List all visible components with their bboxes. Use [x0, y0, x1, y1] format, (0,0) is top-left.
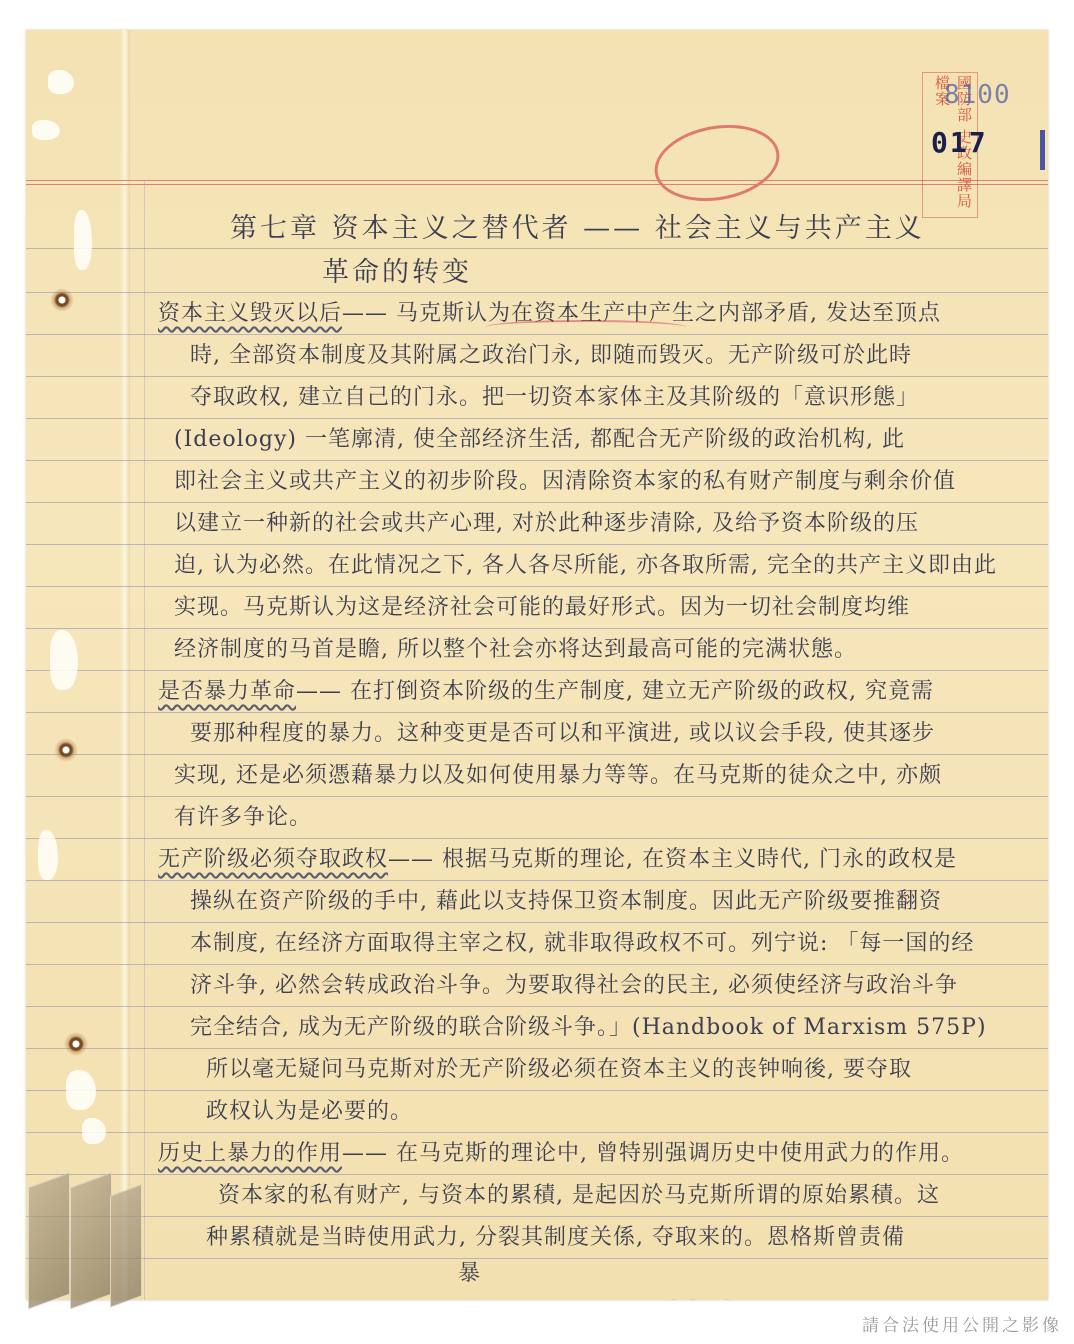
body-line: 操纵在资产阶级的手中, 藉此以支持保卫资本制度。因此无产阶级要推翻资 [190, 884, 942, 915]
body-line: 即社会主义或共产主义的初步阶段。因清除资本家的私有财产制度与剩余价值 [174, 464, 956, 495]
bleed-through-page-number: 0250 [664, 1292, 736, 1300]
paper-tear [48, 70, 74, 94]
section-heading: 资本主义毁灭以后 [158, 301, 342, 326]
ruled-line [26, 418, 1048, 419]
ruled-line [26, 796, 1048, 797]
ruled-line [26, 880, 1048, 881]
ruled-line [26, 502, 1048, 503]
logo-book-shape [70, 1172, 112, 1309]
logo-book-shape [28, 1172, 70, 1309]
body-line: 以建立一种新的社会或共产心理, 对於此种逐步清除, 及给予资本阶级的压 [174, 506, 919, 537]
ruled-line [26, 964, 1048, 965]
stamp-serial-number: 017 [931, 126, 988, 159]
ruled-line [26, 1132, 1048, 1133]
body-line: 种累積就是当時使用武力, 分裂其制度关係, 夺取来的。恩格斯曾责備 [206, 1220, 905, 1251]
body-line: 经济制度的马首是瞻, 所以整个社会亦将达到最高可能的完满状態。 [174, 632, 857, 663]
section-heading: 无产阶级必须夺取政权 [158, 847, 388, 872]
section-heading: 是否暴力革命 [158, 679, 296, 704]
insertion-note: 暴 [458, 1256, 480, 1287]
body-line: 要那种程度的暴力。这种变更是否可以和平演进, 或以议会手段, 使其逐步 [190, 716, 935, 747]
body-line: 所以毫无疑问马克斯对於无产阶级必须在资本主义的丧钟响後, 要夺取 [206, 1052, 912, 1083]
document-page: 國防部 史政編譯局 檔案 8100 017 第七章 资本主义之替代者 —— 社会… [26, 30, 1048, 1300]
logo-book-shape [110, 1184, 142, 1308]
body-line: 实现。马克斯认为这是经济社会可能的最好形式。因为一切社会制度均维 [174, 590, 910, 621]
punch-hole [54, 738, 78, 762]
chapter-subtitle: 革命的转变 [322, 250, 472, 289]
ruled-line [26, 922, 1048, 923]
ruled-line [26, 1258, 1048, 1259]
body-line: 济斗争, 必然会转成政治斗争。为要取得社会的民主, 必须使经济与政治斗争 [190, 968, 958, 999]
ruled-line [26, 586, 1048, 587]
handwritten-page-number: 0011 [536, 1295, 592, 1300]
ruled-line [26, 628, 1048, 629]
paper-tear [66, 1070, 96, 1110]
red-pencil-oval [649, 116, 786, 211]
body-line: 政权认为是必要的。 [206, 1094, 413, 1125]
ruled-line [26, 1048, 1048, 1049]
usage-watermark: 請合法使用公開之影像 [862, 1311, 1062, 1336]
ruled-line [26, 1216, 1048, 1217]
body-line: 本制度, 在经济方面取得主宰之权, 就非取得政权不可。列宁说: 「每一国的经 [190, 926, 974, 957]
ruled-line [26, 460, 1048, 461]
ruled-line [26, 544, 1048, 545]
stamp-top-number: 8100 [944, 80, 1011, 110]
section-block: 历史上暴力的作用—— 在马克斯的理论中, 曾特别强调历史中使用武力的作用。 [158, 1136, 964, 1167]
body-line: —— 在马克斯的理论中, 曾特别强调历史中使用武力的作用。 [342, 1141, 964, 1166]
body-line: 夺取政权, 建立自己的门永。把一切资本家体主及其阶级的「意识形態」 [190, 380, 919, 411]
ruled-line [26, 1090, 1048, 1091]
ruled-line [26, 754, 1048, 755]
ruled-line [26, 670, 1048, 671]
paper-tear [82, 1118, 106, 1144]
body-line: —— 在打倒资本阶级的生产制度, 建立无产阶级的政权, 究竟需 [296, 679, 934, 704]
body-line: 迫, 认为必然。在此情况之下, 各人各尽所能, 亦各取所需, 完全的共产主义即由… [174, 548, 997, 579]
body-line: 完全结合, 成为无产阶级的联合阶级斗争。」(Handbook of Marxis… [190, 1010, 987, 1041]
punch-hole [64, 1032, 88, 1056]
ruled-line [26, 1006, 1048, 1007]
section-heading: 历史上暴力的作用 [158, 1141, 342, 1166]
body-line: 实现, 还是必须憑藉暴力以及如何使用暴力等等。在马克斯的徒众之中, 亦颇 [174, 758, 942, 789]
ruled-line [26, 1174, 1048, 1175]
ruled-line [26, 376, 1048, 377]
paper-fold [120, 30, 130, 1300]
section-block: 是否暴力革命—— 在打倒资本阶级的生产制度, 建立无产阶级的政权, 究竟需 [158, 674, 934, 705]
header-red-rule [26, 180, 1048, 185]
body-line: 時, 全部资本制度及其附属之政治门永, 即随而毁灭。无产阶级可於此時 [190, 338, 912, 369]
section-block: 无产阶级必须夺取政权—— 根据马克斯的理论, 在资本主义時代, 门永的政权是 [158, 842, 957, 873]
paper-tear [50, 630, 78, 690]
paper-tear [74, 210, 92, 270]
paper-tear [38, 830, 58, 880]
paper-tear [32, 120, 60, 140]
blue-ink-mark [1040, 130, 1048, 170]
ruled-line [26, 712, 1048, 713]
body-line: 有许多争论。 [174, 800, 312, 831]
ruled-line [26, 838, 1048, 839]
ruled-line [26, 248, 1048, 249]
body-line: (Ideology) 一笔廓清, 使全部经济生活, 都配合无产阶级的政治机构, … [174, 422, 905, 453]
ruled-line [26, 334, 1048, 335]
section-block: 资本主义毁灭以后—— 马克斯认为在资本生产中产生之内部矛盾, 发达至顶点 [158, 296, 941, 327]
body-line: 资本家的私有财产, 与资本的累積, 是起因於马克斯所谓的原始累積。这 [218, 1178, 940, 1209]
body-line: —— 根据马克斯的理论, 在资本主义時代, 门永的政权是 [388, 847, 957, 872]
archive-logo-icon [0, 1160, 150, 1320]
ruled-line [26, 292, 1048, 293]
chapter-title: 第七章 资本主义之替代者 —— 社会主义与共产主义 [230, 206, 925, 245]
punch-hole [50, 288, 74, 312]
body-line: —— 马克斯认为在资本生产中产生之内部矛盾, 发达至顶点 [342, 301, 941, 326]
